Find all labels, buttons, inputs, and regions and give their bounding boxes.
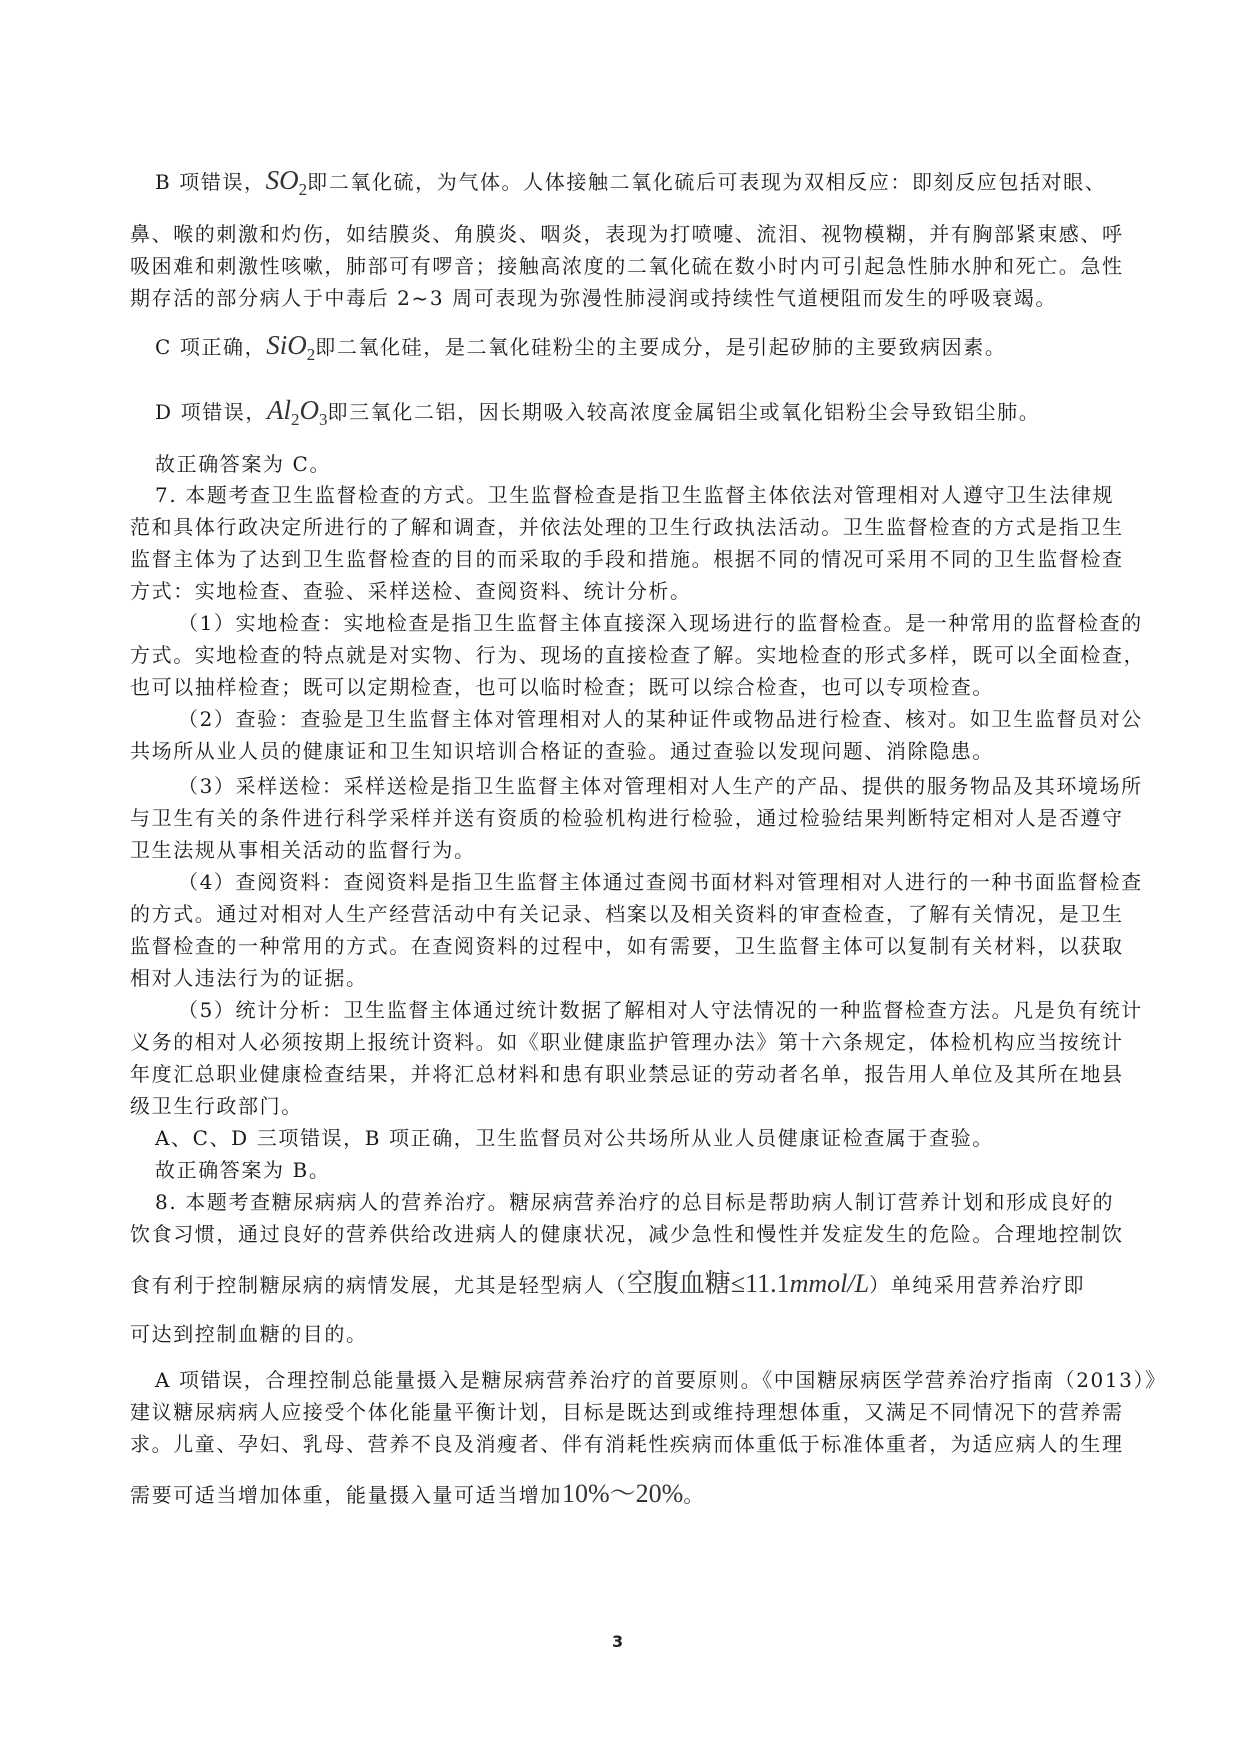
q7-item1-line-1: （1）实地检查：实地检查是指卫生监督主体直接深入现场进行的监督检查。是一种常用的…	[178, 609, 1143, 637]
q7-line-4: 方式：实地检查、查验、采样送检、查阅资料、统计分析。	[130, 577, 692, 605]
q8-line-4: 可达到控制血糖的目的。	[130, 1320, 368, 1348]
q7-line-3: 监督主体为了达到卫生监督检查的目的而采取的手段和措施。根据不同的情况可采用不同的…	[130, 545, 1124, 573]
q7-item5-line-1: （5）统计分析：卫生监督主体通过统计数据了解相对人守法情况的一种监督检查方法。凡…	[178, 996, 1143, 1024]
q7-line-1: 7. 本题考查卫生监督检查的方式。卫生监督检查是指卫生监督主体依法对管理相对人遵…	[155, 481, 1114, 509]
q7-item1-line-2: 方式。实地检查的特点就是对实物、行为、现场的直接检查了解。实地检查的形式多样，既…	[130, 641, 1145, 669]
energy-increase-range: 10%～20%	[562, 1479, 683, 1508]
q7-item1-line-3: 也可以抽样检查；既可以定期检查，也可以临时检查；既可以综合检查，也可以专项检查。	[130, 673, 994, 701]
fasting-glucose-formula: 空腹血糖≤11.1mmol/L	[627, 1269, 869, 1298]
formula-so2: SO2	[266, 165, 308, 195]
answer-q6: 故正确答案为 C。	[155, 450, 331, 478]
q8-a-line-2: 建议糖尿病病人应接受个体化能量平衡计划，目标是既达到或维持理想体重，又满足不同情…	[130, 1398, 1124, 1426]
q7-item5-line-2: 义务的相对人必须按期上报统计资料。如《职业健康监护管理办法》第十六条规定，体检机…	[130, 1028, 1124, 1056]
q7-line-2: 范和具体行政决定所进行的了解和调查，并依法处理的卫生行政执法活动。卫生监督检查的…	[130, 513, 1124, 541]
option-label: B 项错误，	[155, 170, 266, 194]
q8-a-line-1: A 项错误，合理控制总能量摄入是糖尿病营养治疗的首要原则。《中国糖尿病医学营养治…	[155, 1366, 1167, 1394]
b-option-line-4: 期存活的部分病人于中毒后 2~3 周可表现为弥漫性肺浸润或持续性气道梗阻而发生的…	[130, 284, 1057, 312]
formula-sio2: SiO2	[266, 330, 315, 360]
q8-line-3: 食有利于控制糖尿病的病情发展，尤其是轻型病人（空腹血糖≤11.1mmol/L）单…	[130, 1270, 1085, 1299]
formula-al2o3: Al2O3	[267, 395, 328, 425]
q7-item3-line-2: 与卫生有关的条件进行科学采样并送有资质的检验机构进行检验，通过检验结果判断特定相…	[130, 804, 1124, 832]
q8-a-line-4: 需要可适当增加体重，能量摄入量可适当增加10%～20%。	[130, 1480, 705, 1509]
q7-item5-line-3: 年度汇总职业健康检查结果，并将汇总材料和患有职业禁忌证的劳动者名单，报告用人单位…	[130, 1060, 1124, 1088]
c-option: C 项正确，SiO2即二氧化硅，是二氧化硅粉尘的主要成分，是引起矽肺的主要致病因…	[155, 331, 1006, 369]
q7-item5-line-4: 级卫生行政部门。	[130, 1092, 303, 1120]
q8-a-line-3: 求。儿童、孕妇、乳母、营养不良及消瘦者、伴有消耗性疾病而体重低于标准体重者，为适…	[130, 1430, 1124, 1458]
b-option-line-1: B 项错误，SO2即二氧化硫，为气体。人体接触二氧化硫后可表现为双相反应：即刻反…	[155, 166, 1106, 204]
q7-item4-line-2: 的方式。通过对相对人生产经营活动中有关记录、档案以及相关资料的审查检查，了解有关…	[130, 900, 1124, 928]
q7-conclusion: A、C、D 三项错误，B 项正确，卫生监督员对公共场所从业人员健康证检查属于查验…	[155, 1124, 994, 1152]
d-option: D 项错误，Al2O3即三氧化二铝，因长期吸入较高浓度金属铝尘或氧化铝粉尘会导致…	[155, 396, 1040, 434]
document-page: B 项错误，SO2即二氧化硫，为气体。人体接触二氧化硫后可表现为双相反应：即刻反…	[0, 0, 1240, 1754]
q7-item4-line-3: 监督检查的一种常用的方式。在查阅资料的过程中，如有需要，卫生监督主体可以复制有关…	[130, 932, 1124, 960]
q8-line-1: 8. 本题考查糖尿病病人的营养治疗。糖尿病营养治疗的总目标是帮助病人制订营养计划…	[155, 1188, 1114, 1216]
q7-item3-line-1: （3）采样送检：采样送检是指卫生监督主体对管理相对人生产的产品、提供的服务物品及…	[178, 772, 1143, 800]
answer-q7: 故正确答案为 B。	[155, 1156, 330, 1184]
b-option-line-3: 吸困难和刺激性咳嗽，肺部可有啰音；接触高浓度的二氧化硫在数小时内可引起急性肺水肿…	[130, 252, 1124, 280]
q8-line-2: 饮食习惯，通过良好的营养供给改进病人的健康状况，减少急性和慢性并发症发生的危险。…	[130, 1220, 1124, 1248]
q7-item4-line-4: 相对人违法行为的证据。	[130, 964, 368, 992]
q7-item2-line-1: （2）查验：查验是卫生监督主体对管理相对人的某种证件或物品进行检查、核对。如卫生…	[178, 705, 1143, 733]
b-option-line-2: 鼻、喉的刺激和灼伤，如结膜炎、角膜炎、咽炎，表现为打喷嚏、流泪、视物模糊，并有胸…	[130, 220, 1124, 248]
page-number: 3	[612, 1632, 623, 1651]
q7-item4-line-1: （4）查阅资料：查阅资料是指卫生监督主体通过查阅书面材料对管理相对人进行的一种书…	[178, 868, 1143, 896]
q7-item3-line-3: 卫生法规从事相关活动的监督行为。	[130, 836, 476, 864]
q7-item2-line-2: 共场所从业人员的健康证和卫生知识培训合格证的查验。通过查验以发现问题、消除隐患。	[130, 737, 994, 765]
